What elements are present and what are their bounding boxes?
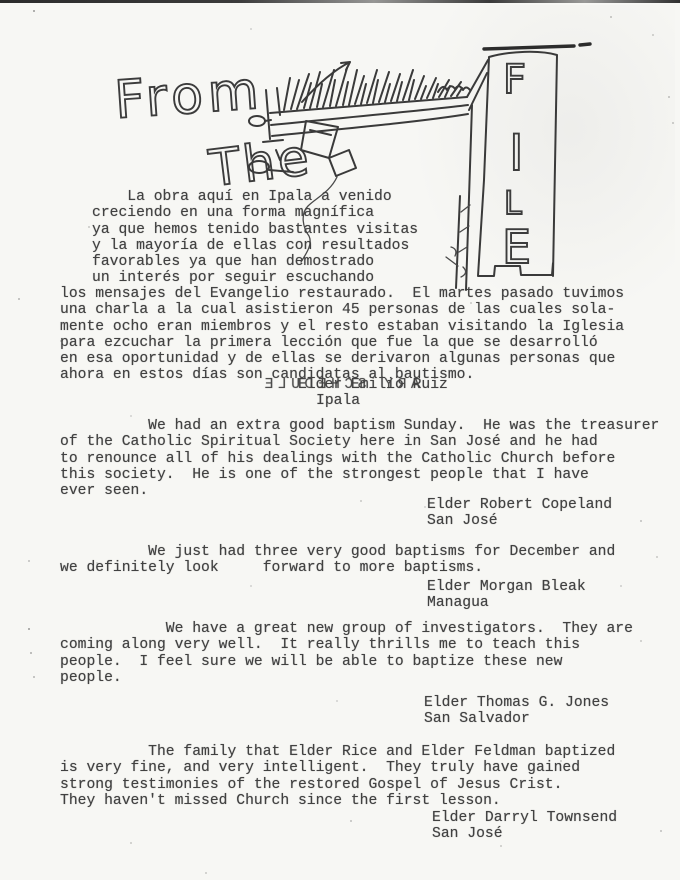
signature-block: Elder Robert Copeland San José [427,497,612,530]
signature-block: Elder Emilio Ruiz Ipala [298,377,448,410]
signature-location: San José [432,826,617,842]
signature-name: Elder Darryl Townsend [432,810,617,826]
handwritten-the-text: The [205,128,314,198]
cabinet-strip [456,60,488,290]
signature-location: Managua [427,595,586,611]
signature-name: Elder Robert Copeland [427,497,612,513]
signature-block: Elder Darryl Townsend San José [432,810,617,843]
signature-block: Elder Thomas G. Jones San Salvador [424,695,609,728]
signature-name: Elder Morgan Bleak [427,579,586,595]
cabinet-letter-i: I [509,124,524,182]
cabinet-top-line [484,44,590,49]
signature-name: Elder Emilio Ruiz [298,377,448,393]
scan-noise [0,0,2,2]
signature-location: San Salvador [424,711,609,727]
scanned-letter-page: From The F I L E La obra aquí en Ipala a… [0,0,680,880]
drawer-knob-link [265,120,271,121]
cabinet-letter-f: F [503,57,526,103]
letter-paragraph: The family that Elder Rice and Elder Fel… [60,744,615,809]
signature-location: Ipala [316,393,448,409]
spanish-paragraph-narrow: La obra aquí en Ipala a venido creciendo… [92,189,418,287]
letter-paragraph: We have a great new group of investigato… [60,621,633,686]
cabinet-letter-l: L [504,184,522,222]
letter-paragraph: We just had three very good baptisms for… [60,544,615,577]
spanish-paragraph-wide: los mensajes del Evangelio restaurado. E… [60,286,624,384]
letter-paragraph: We had an extra good baptism Sunday. He … [60,418,659,499]
cabinet-letter-e: E [502,220,531,274]
signature-location: San José [427,513,612,529]
signature-name: Elder Thomas G. Jones [424,695,609,711]
handwritten-from-text: From [113,61,266,131]
signature-block: Elder Morgan Bleak Managua [427,579,586,612]
